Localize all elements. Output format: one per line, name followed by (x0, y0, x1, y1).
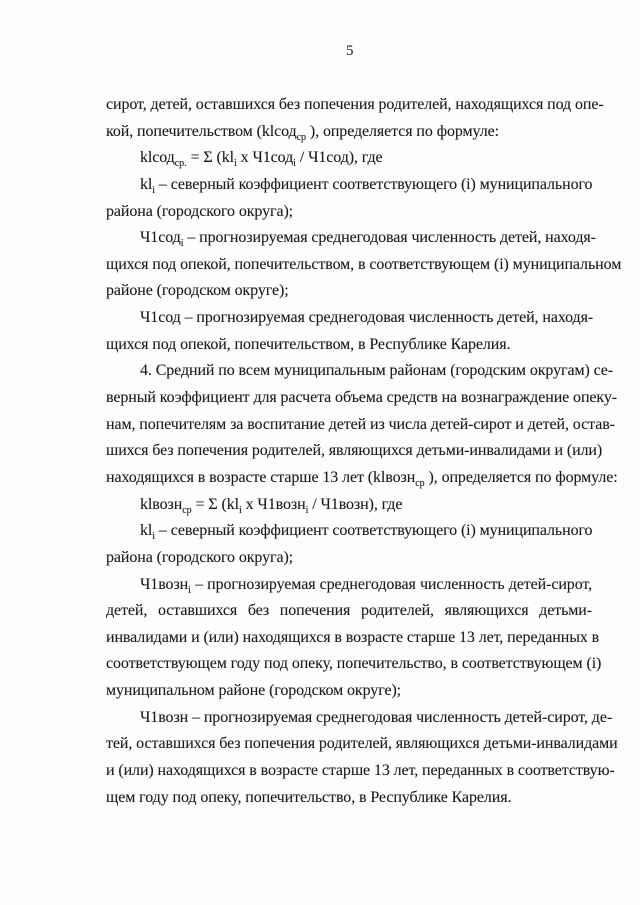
document-body: сирот, детей, оставшихся без попечения р… (106, 92, 592, 811)
text-line: кой, попечительством (klсодср ), определ… (106, 119, 592, 146)
paragraph: Ч1возн – прогнозируемая среднегодовая чи… (106, 705, 592, 812)
text-segment: = Σ (kl (192, 496, 239, 513)
text-line: и (или) находящихся в возрасте старше 13… (106, 758, 592, 785)
text-line: тей, оставшихся без попечения родителей,… (106, 731, 592, 758)
text-segment: детей, оставшихся без попечения родителе… (106, 602, 592, 619)
text-line: Ч1сод – прогнозируемая среднегодовая чис… (106, 305, 592, 332)
text-segment: и (или) находящихся в возрасте старше 13… (106, 762, 615, 779)
formula-paragraph: klвознср = Σ (kli х Ч1вознi / Ч1возн), г… (106, 492, 592, 519)
text-segment: kl (140, 176, 152, 193)
text-segment: – прогнозируемая среднегодовая численнос… (183, 229, 595, 246)
paragraph: сирот, детей, оставшихся без попечения р… (106, 92, 592, 145)
formula-line: klвознср = Σ (kli х Ч1вознi / Ч1возн), г… (106, 492, 592, 519)
text-line: шихся без попечения родителей, являющихс… (106, 438, 592, 465)
text-line: сирот, детей, оставшихся без попечения р… (106, 92, 592, 119)
subscript: ср. (175, 158, 187, 169)
paragraph: Ч1вознi – прогнозируемая среднегодовая ч… (106, 572, 592, 705)
text-line: 4. Средний по всем муниципальным районам… (106, 358, 592, 385)
paragraph: kli – северный коэффициент соответствующ… (106, 518, 592, 571)
text-segment: klвозн (140, 496, 182, 513)
text-segment: = Σ (kl (187, 149, 234, 166)
text-segment: щем году под опеку, попечительство, в Ре… (106, 789, 511, 806)
text-segment: klсод (140, 149, 175, 166)
text-segment: Ч1возн (140, 576, 188, 593)
text-line: нам, попечителям за воспитание детей из … (106, 412, 592, 439)
text-line: района (городского округа); (106, 199, 592, 226)
text-segment: тей, оставшихся без попечения родителей,… (106, 735, 618, 752)
text-segment: нам, попечителям за воспитание детей из … (106, 416, 615, 433)
text-segment: щихся под опекой, попечительством, в Рес… (106, 336, 510, 353)
text-line: щихся под опекой, попечительством, в Рес… (106, 332, 592, 359)
text-line: kli – северный коэффициент соответствующ… (106, 172, 592, 199)
text-segment: районе (городском округе); (106, 282, 289, 299)
text-line: щем году под опеку, попечительство, в Ре… (106, 785, 592, 812)
text-segment: верный коэффициент для расчета объема ср… (106, 389, 617, 406)
text-segment: – северный коэффициент соответствующего … (155, 522, 592, 539)
text-segment: / Ч1сод), где (296, 149, 383, 166)
text-line: районе (городском округе); (106, 278, 592, 305)
text-segment: района (городского округа); (106, 549, 293, 566)
text-segment: / Ч1возн), где (308, 496, 402, 513)
text-segment: района (городского округа); (106, 203, 293, 220)
text-segment: сирот, детей, оставшихся без попечения р… (106, 96, 604, 113)
paragraph: Ч1содi – прогнозируемая среднегодовая чи… (106, 225, 592, 305)
text-line: района (городского округа); (106, 545, 592, 572)
text-segment: Ч1сод (140, 229, 181, 246)
text-segment: находящихся в возрасте старше 13 лет (kl… (106, 469, 415, 486)
text-line: муниципальном районе (городском округе); (106, 678, 592, 705)
text-segment: кой, попечительством (klсод (106, 123, 297, 140)
text-segment: kl (140, 522, 152, 539)
text-segment: х Ч1возн (242, 496, 306, 513)
text-segment: – прогнозируемая среднегодовая численнос… (191, 576, 592, 593)
document-page: 5 сирот, детей, оставшихся без попечения… (0, 0, 640, 905)
text-segment: Ч1сод – прогнозируемая среднегодовая чис… (140, 309, 593, 326)
subscript: ср (297, 132, 306, 143)
text-segment: – северный коэффициент соответствующего … (155, 176, 592, 193)
subscript: ср (415, 478, 424, 489)
text-line: детей, оставшихся без попечения родителе… (106, 598, 592, 625)
text-line: соответствующем году под опеку, попечите… (106, 651, 592, 678)
text-segment: соответствующем году под опеку, попечите… (106, 655, 601, 672)
text-line: находящихся в возрасте старше 13 лет (kl… (106, 465, 592, 492)
subscript: ср (182, 505, 191, 516)
text-line: верный коэффициент для расчета объема ср… (106, 385, 592, 412)
paragraph: kli – северный коэффициент соответствующ… (106, 172, 592, 225)
text-segment: муниципальном районе (городском округе); (106, 682, 401, 699)
text-line: Ч1возн – прогнозируемая среднегодовая чи… (106, 705, 592, 732)
formula-paragraph: klсодср. = Σ (kli х Ч1содi / Ч1сод), где (106, 145, 592, 172)
text-segment: Ч1возн – прогнозируемая среднегодовая чи… (140, 709, 612, 726)
text-segment: х Ч1сод (237, 149, 293, 166)
page-number: 5 (346, 43, 354, 60)
text-line: kli – северный коэффициент соответствующ… (106, 518, 592, 545)
text-line: Ч1вознi – прогнозируемая среднегодовая ч… (106, 572, 592, 599)
text-segment: ), определяется по формуле: (306, 123, 499, 140)
text-line: щихся под опекой, попечительством, в соо… (106, 252, 592, 279)
text-segment: щихся под опекой, попечительством, в соо… (106, 256, 621, 273)
text-segment: инвалидами и (или) находящихся в возраст… (106, 629, 599, 646)
text-segment: 4. Средний по всем муниципальным районам… (140, 362, 613, 379)
formula-line: klсодср. = Σ (kli х Ч1содi / Ч1сод), где (106, 145, 592, 172)
paragraph: 4. Средний по всем муниципальным районам… (106, 358, 592, 491)
text-segment: шихся без попечения родителей, являющихс… (106, 442, 602, 459)
text-line: Ч1содi – прогнозируемая среднегодовая чи… (106, 225, 592, 252)
text-line: инвалидами и (или) находящихся в возраст… (106, 625, 592, 652)
paragraph: Ч1сод – прогнозируемая среднегодовая чис… (106, 305, 592, 358)
text-segment: ), определяется по формуле: (425, 469, 618, 486)
